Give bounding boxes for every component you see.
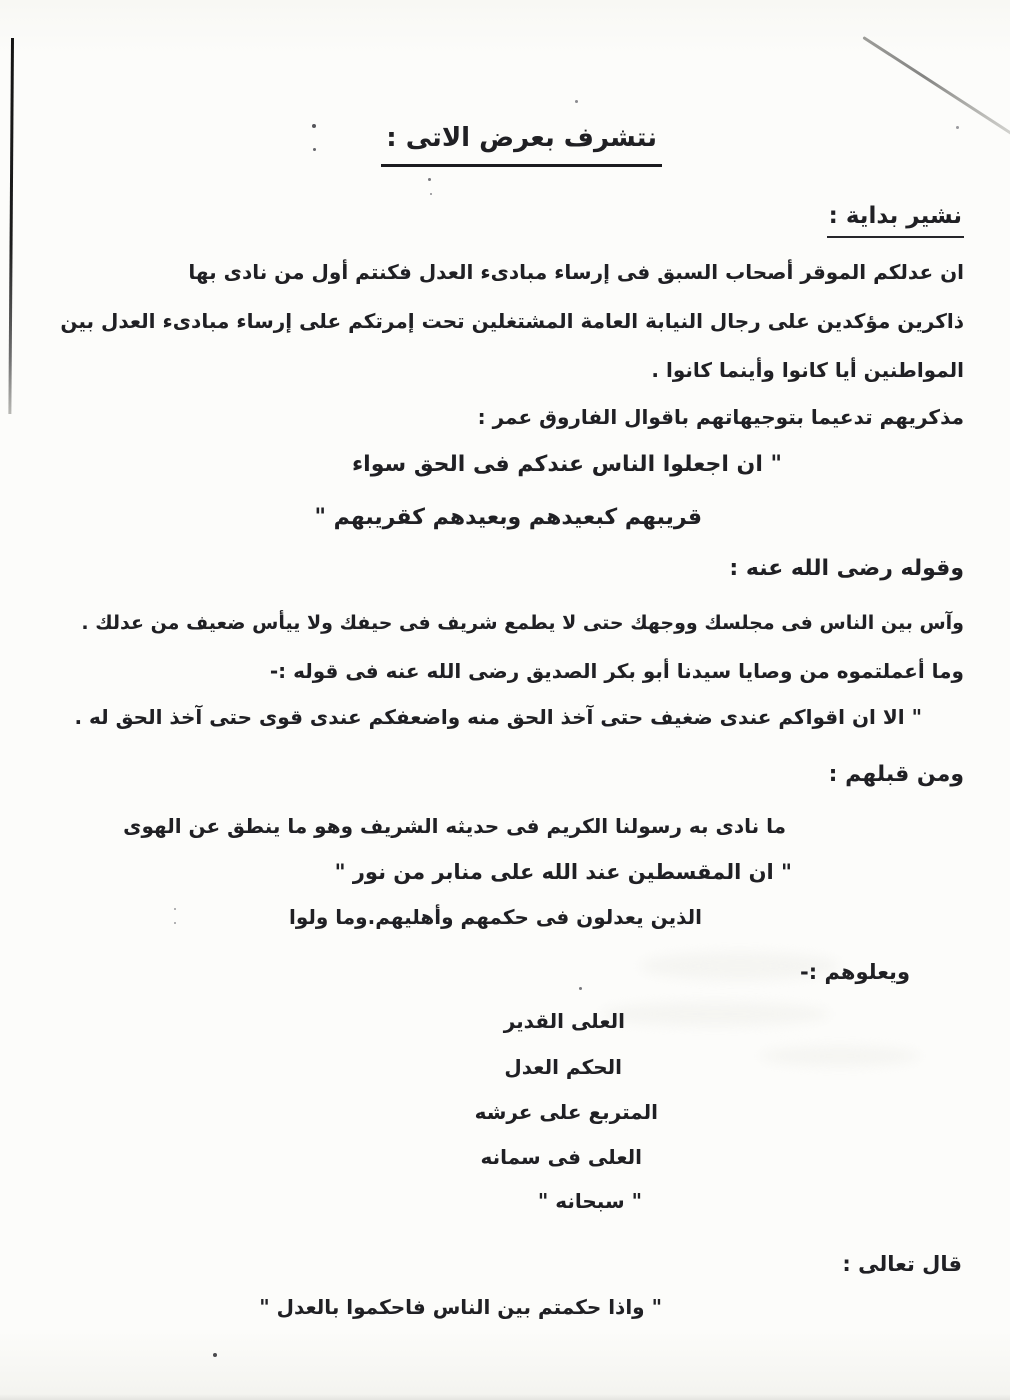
abubakr-intro-line: وما أعملتموه من وصايا سيدنا أبو بكر الصد… [270, 659, 964, 684]
scan-speck [213, 1353, 217, 1357]
intro-paragraph-line: ان عدلكم الموقر أصحاب السبق فى إرساء مبا… [188, 260, 964, 285]
intro-paragraph-line: المواطنين أيا كانوا وأينما كانوا . [651, 358, 964, 383]
hadith-quote-line: " ان المقسطين عند الله على منابر من نور … [335, 859, 792, 885]
before-them-heading: ومن قبلهم : [829, 761, 964, 789]
scan-smudge [760, 1046, 920, 1066]
scan-smudge [600, 1002, 830, 1026]
scan-speck [313, 148, 316, 151]
verse-text: " واذا حكمتم بين الناس فاحكموا بالعدل " [259, 1295, 662, 1320]
scan-speck [428, 178, 431, 181]
intro-paragraph-line: ذاكرين مؤكدين على رجال النيابة العامة ال… [60, 309, 964, 334]
divine-attribute-item: العلى فى سمانه [480, 1145, 642, 1170]
intro-section-heading: نشير بداية : [827, 202, 964, 238]
scan-bottom-edge [0, 1394, 1010, 1400]
before-them-line: الذين يعدلون فى حكمهم وأهليهم.وما ولوا [289, 905, 702, 930]
divine-attribute-item: " سبحانه " [538, 1189, 642, 1214]
scan-speck [174, 908, 176, 910]
scan-diagonal-line [862, 36, 1010, 138]
intro-paragraph-line: مذكريهم تدعيما بتوجيهاتهم باقوال الفاروق… [478, 405, 964, 430]
scan-speck [575, 100, 578, 103]
document-title: نتشرف بعرض الاتى : [381, 122, 662, 167]
omar-quote-line: " ان اجعلوا الناس عندكم فى الحق سواء [352, 451, 782, 479]
divine-attribute-item: المتربع على عرشه [475, 1100, 658, 1125]
divine-attribute-item: العلى القدير [504, 1009, 625, 1034]
scan-left-edge-line-faint [13, 410, 15, 1340]
divine-attribute-item: الحكم العدل [504, 1055, 622, 1080]
omar-saying-text: وآس بين الناس فى مجلسك ووجهك حتى لا يطمع… [81, 612, 964, 636]
verse-heading: قال تعالى : [842, 1251, 962, 1277]
scan-speck [430, 193, 432, 195]
above-them-heading: ويعلوهم :- [800, 959, 910, 985]
before-them-line: ما نادى به رسولنا الكريم فى حديثه الشريف… [123, 814, 786, 839]
scan-speck [174, 922, 176, 924]
scan-left-edge-line [8, 38, 14, 414]
scanned-document-page: نتشرف بعرض الاتى : نشير بداية : ان عدلكم… [0, 0, 1010, 1400]
omar-saying-heading: وقوله رضى الله عنه : [729, 555, 964, 583]
scan-speck [312, 124, 316, 128]
scan-speck [579, 987, 582, 990]
scan-speck [956, 126, 959, 129]
omar-quote-line: قريبهم كبعيدهم وبعيدهم كقريبهم " [315, 504, 702, 532]
abubakr-quote-line: " الا ان اقواكم عندى ضغيف حتى آخذ الحق م… [74, 705, 922, 730]
